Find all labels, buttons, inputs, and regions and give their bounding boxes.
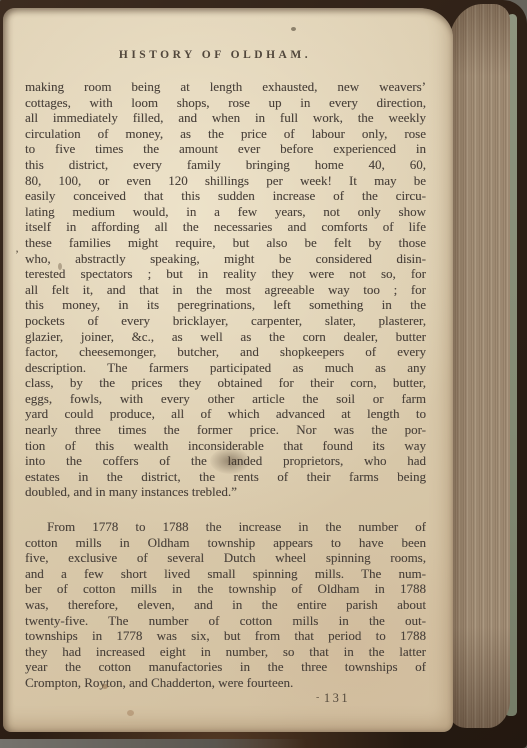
text-line: was, therefore, eleven, and in the entir…	[25, 597, 426, 613]
text-line: who, abstractly speaking, might be consi…	[25, 251, 426, 267]
text-line: glazier, joiner, &c., as well as the cor…	[25, 329, 426, 345]
text-line: all immediately filled, and when in full…	[25, 110, 426, 126]
foxing-speck	[102, 684, 108, 689]
text-line: easily conceived that this sudden increa…	[25, 188, 426, 204]
text-line: and a few short lived small spinning mil…	[25, 566, 426, 582]
text-line: this money, in its peregrinations, left …	[25, 297, 426, 313]
foxing-speck	[291, 27, 296, 31]
text-line: pockets of every bricklayer, carpenter, …	[25, 313, 426, 329]
running-header: HISTORY OF OLDHAM.	[25, 49, 405, 61]
ink-stain	[210, 448, 250, 474]
text-line: 80, 100, or even 120 shillings per week!…	[25, 173, 426, 189]
text-line: From 1778 to 1788 the increase in the nu…	[25, 519, 426, 535]
text-line: they had increased eight in number, so t…	[25, 644, 426, 660]
book-photo: HISTORY OF OLDHAM. ’ making room being a…	[0, 0, 527, 748]
paragraph-weavers-cottages: making room being at length exhausted, n…	[25, 79, 426, 500]
text-line: making room being at length exhausted, n…	[25, 79, 426, 95]
text-line: nearly three times the former price. Nor…	[25, 422, 426, 438]
text-line: itself in affording all the necessaries …	[25, 219, 426, 235]
text-line: Crompton, Royton, and Chadderton, were f…	[25, 675, 426, 691]
text-line: year the cotton manufactories in the thr…	[25, 659, 426, 675]
text-line: circulation of money, as the price of la…	[25, 126, 426, 142]
table-surface	[0, 739, 306, 748]
margin-ink-mark: ’	[15, 247, 19, 262]
text-line: factor, cheesemonger, butcher, and shopk…	[25, 344, 426, 360]
page-number-value: 131	[324, 691, 350, 705]
page-number: -131	[316, 691, 350, 706]
foxing-speck	[58, 263, 62, 270]
text-line: these families might require, but also b…	[25, 235, 426, 251]
text-line: five, exclusive of several Dutch wheel s…	[25, 550, 426, 566]
text-line: eggs, fowls, with every other article th…	[25, 391, 426, 407]
text-line: cottages, with loom shops, rose up in ev…	[25, 95, 426, 111]
text-block: making room being at length exhausted, n…	[25, 79, 426, 691]
text-line: description. The farmers participated as…	[25, 360, 426, 376]
text-line: to five times the amount ever before exp…	[25, 141, 426, 157]
text-line: class, by the prices they obtained for t…	[25, 375, 426, 391]
text-line: terested spectators ; but in reality the…	[25, 266, 426, 282]
text-line: yard could produce, all of which advance…	[25, 406, 426, 422]
paragraph-cotton-mills: From 1778 to 1788 the increase in the nu…	[25, 519, 426, 691]
text-line: townships in 1778 was six, but from that…	[25, 628, 426, 644]
foxing-speck	[127, 710, 134, 716]
ink-mark: -	[316, 692, 322, 703]
text-line: ber of cotton mills in the township of O…	[25, 581, 426, 597]
text-line: twenty-five. The number of cotton mills …	[25, 613, 426, 629]
fore-edge-page-stack	[448, 4, 510, 728]
text-line: doubled, and in many instances trebled.”	[25, 484, 426, 500]
text-line: cotton mills in Oldham township appears …	[25, 535, 426, 551]
text-line: all felt it, and that in the most agreea…	[25, 282, 426, 298]
text-line: this district, every family bringing hom…	[25, 157, 426, 173]
text-line: lating medium would, in a few years, not…	[25, 204, 426, 220]
